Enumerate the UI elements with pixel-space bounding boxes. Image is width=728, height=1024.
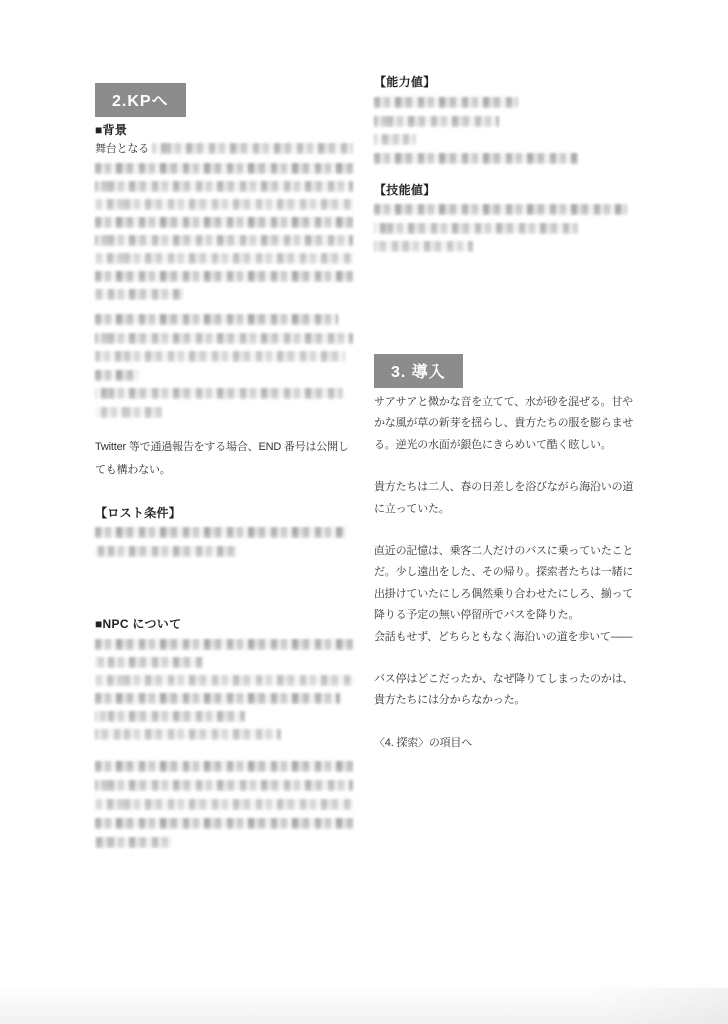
redacted-text <box>152 143 353 154</box>
redacted-line <box>374 97 518 108</box>
redacted-line <box>95 314 338 325</box>
intro-text: サアサアと微かな音を立てて、水が砂を混ぜる。甘やかな風が草の新芽を揺らし、貴方た… <box>374 392 635 775</box>
redacted-paragraph <box>95 527 353 565</box>
background-lead-text: 舞台となる <box>95 140 149 156</box>
redacted-line <box>95 675 353 686</box>
page-corner-shade <box>508 988 728 1024</box>
redacted-line <box>95 799 353 810</box>
redacted-line <box>95 289 183 300</box>
redacted-line <box>95 253 353 264</box>
redacted-line <box>95 235 353 246</box>
redacted-line <box>95 657 203 668</box>
intro-section-header-wrap: 3. 導入 <box>374 354 463 388</box>
redacted-line <box>95 546 237 557</box>
redacted-line <box>95 163 353 174</box>
section-header-kp: 2.KPへ <box>95 83 186 117</box>
ability-heading: 【能力値】 <box>374 73 436 90</box>
redacted-paragraph <box>374 204 635 260</box>
redacted-line <box>95 181 353 192</box>
kp-section-header-wrap: 2.KPへ <box>95 83 186 117</box>
redacted-line <box>95 217 353 228</box>
redacted-line <box>95 818 353 829</box>
redacted-line <box>95 729 281 740</box>
redacted-line <box>95 333 353 344</box>
redacted-line <box>95 271 353 282</box>
document-page: 2.KPへ ■背景 舞台となる Twitter 等で通過報告をする場合、END … <box>0 0 728 1024</box>
redacted-paragraph <box>95 639 353 747</box>
npc-heading: ■NPC について <box>95 615 181 632</box>
redacted-paragraph <box>374 97 635 171</box>
background-heading: ■背景 <box>95 121 127 138</box>
background-paragraph-1: 舞台となる <box>95 140 353 307</box>
page-bottom-shade <box>0 982 728 1024</box>
redacted-paragraph <box>95 314 353 425</box>
lost-condition-heading: 【ロスト条件】 <box>95 504 181 521</box>
redacted-paragraph <box>95 761 353 856</box>
intro-paragraph: 直近の記憶は、乗客二人だけのバスに乗っていたことだ。少し遠出をした、その帰り。探… <box>374 541 635 648</box>
intro-paragraph: サアサアと微かな音を立てて、水が砂を混ぜる。甘やかな風が草の新芽を揺らし、貴方た… <box>374 392 635 456</box>
redacted-line <box>95 837 172 848</box>
redacted-line <box>95 639 353 650</box>
background-lead-line: 舞台となる <box>95 140 353 156</box>
redacted-line <box>95 711 245 722</box>
redacted-line <box>95 388 343 399</box>
redacted-line <box>374 241 473 252</box>
redacted-line <box>95 407 162 418</box>
redacted-line <box>95 527 345 538</box>
redacted-line <box>95 351 345 362</box>
redacted-line <box>374 204 627 215</box>
redacted-line <box>95 780 353 791</box>
section-header-intro: 3. 導入 <box>374 354 463 388</box>
redacted-line <box>374 134 416 145</box>
redacted-line <box>95 199 353 210</box>
skill-heading: 【技能値】 <box>374 181 436 198</box>
intro-paragraph: バス停はどこだったか、なぜ降りてしまったのかは、貴方たちには分からなかった。 <box>374 669 635 712</box>
redacted-line <box>95 693 340 704</box>
redacted-line <box>95 761 353 772</box>
redacted-line <box>374 153 578 164</box>
redacted-line <box>374 116 499 127</box>
intro-paragraph: 貴方たちは二人、春の日差しを浴びながら海沿いの道に立っていた。 <box>374 477 635 520</box>
goto-search-section-note: 〈4. 探索〉の項目へ <box>374 733 635 754</box>
redacted-paragraph <box>95 163 353 300</box>
redacted-line <box>95 370 139 381</box>
redacted-line <box>374 223 578 234</box>
twitter-note: Twitter 等で通過報告をする場合、END 番号は公開しても構わない。 <box>95 436 353 482</box>
